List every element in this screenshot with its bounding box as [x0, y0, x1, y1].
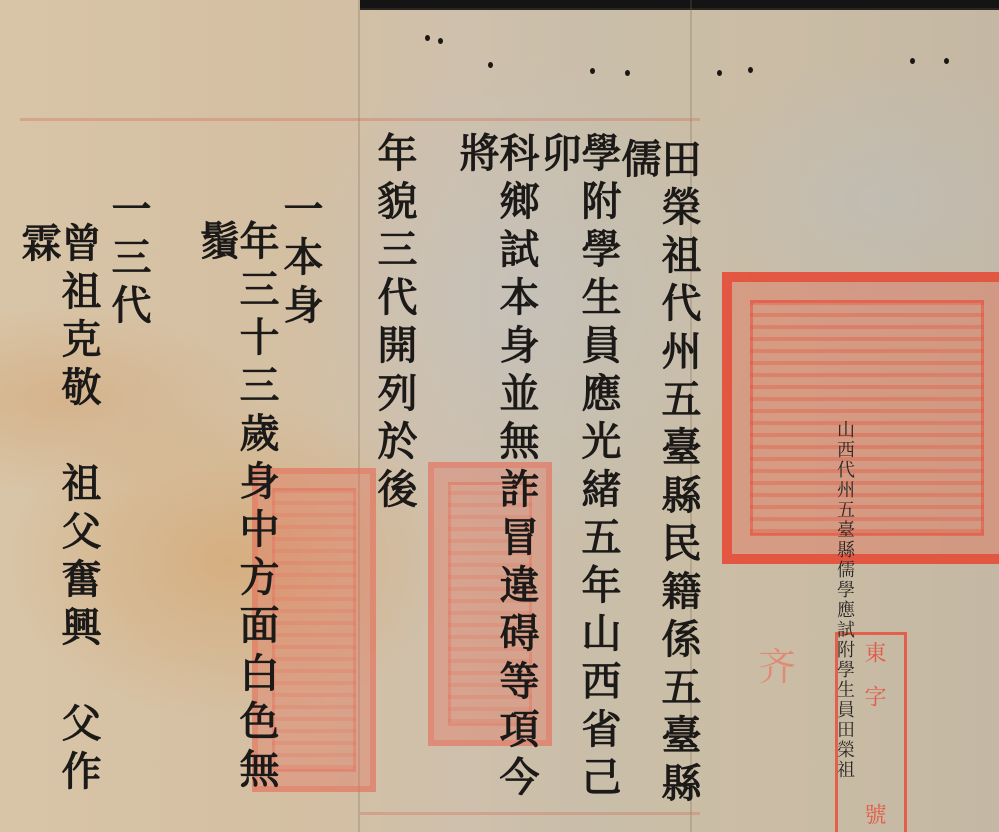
text-column-2: 學附學生員應光緒五年山西省己卯: [538, 132, 618, 832]
text-column-4: 年貌三代開列於後: [374, 132, 414, 516]
text-column-1: 田榮祖代州五臺縣民籍係五臺縣儒: [618, 138, 698, 832]
official-seal-large: [722, 272, 999, 564]
ruled-line-top: [20, 118, 700, 121]
text-column-3: 科鄉試本身並無詐冒違碍等項今將: [456, 132, 536, 832]
seal-script-pattern: [272, 488, 356, 772]
worm-hole: [944, 58, 949, 64]
section-heading-self: 一本身: [280, 188, 320, 332]
seal-script-pattern: [750, 300, 984, 536]
faint-red-character: 齐: [758, 636, 796, 691]
worm-hole: [425, 35, 430, 41]
section-heading-three-generations: 一三代: [108, 188, 148, 332]
worm-hole: [910, 58, 915, 64]
stamp-middle-char: 字: [858, 685, 889, 707]
page-top-edge: [360, 0, 999, 10]
text-column-ancestors: 曾祖克敬 祖父奮興 父作霖: [18, 222, 98, 832]
worm-hole: [748, 67, 753, 73]
document-page: 齐 東 字 號 田榮祖代州五臺縣民籍係五臺縣儒 學附學生員應光緒五年山西省己卯 …: [0, 0, 999, 832]
text-column-age-appearance: 年三十三歲身中方面白色無鬚: [196, 220, 276, 832]
worm-hole: [438, 38, 443, 44]
worm-hole: [625, 70, 630, 76]
worm-hole: [590, 68, 595, 74]
worm-hole: [717, 70, 722, 76]
margin-annotation: 山西代州五臺縣儒學應試附學生員田榮祖: [835, 420, 853, 780]
stamp-bottom-char: 號: [858, 803, 889, 825]
worm-hole: [488, 62, 493, 68]
stamp-top-char: 東: [858, 641, 889, 663]
